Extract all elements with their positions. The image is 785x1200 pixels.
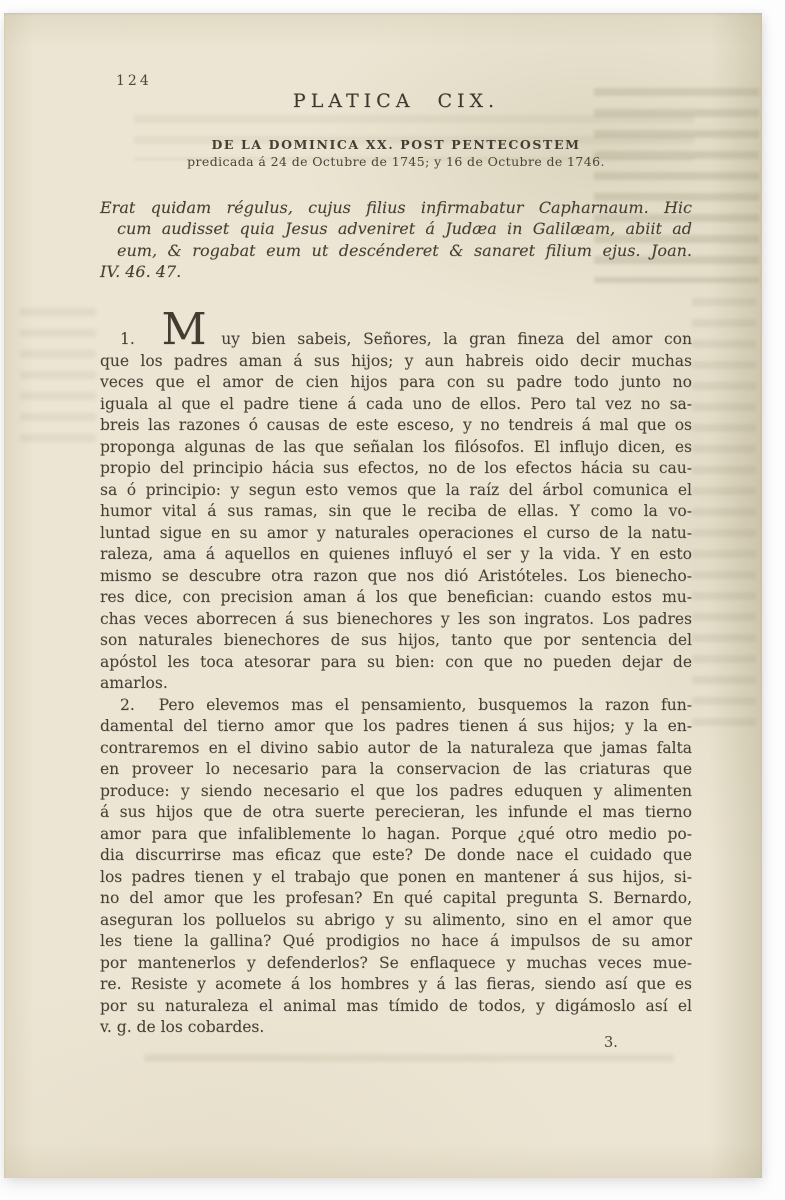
paragraph-text: Pero elevemos mas el pensamiento, busque… <box>159 696 692 714</box>
text-line: breis las razones ó causas de este esces… <box>100 415 692 437</box>
text-line: les tiene la gallina? Qué prodigios no h… <box>100 931 692 953</box>
text-line: veces que el amor de cien hijos para con… <box>100 372 692 394</box>
text-line: res dice, con precision aman á los que b… <box>100 587 692 609</box>
bleed-through-text <box>144 1054 674 1068</box>
text-line: cum audisset quia Jesus adveniret á Judæ… <box>100 218 692 239</box>
document-scan: 124 PLATICA CIX. DE LA DOMINICA XX. POST… <box>0 0 785 1200</box>
text-line: apóstol les toca atesorar para su bien: … <box>100 652 692 674</box>
text-line: aseguran los polluelos su abrigo y su al… <box>100 910 692 932</box>
drop-cap-initial: M <box>161 304 206 355</box>
paragraph-2-first-line: 2. Pero elevemos mas el pensamiento, bus… <box>100 695 692 717</box>
epigraph: Erat quidam régulus, cujus filius infirm… <box>100 197 692 283</box>
text-line: produce: y siendo necesario el que los p… <box>100 781 692 803</box>
text-line: proponga algunas de las que señalan los … <box>100 437 692 459</box>
sermon-subheading: predicada á 24 de Octubre de 1745; y 16 … <box>100 154 692 169</box>
paragraph-2-lines: damental del tierno amor que los padres … <box>100 716 692 1039</box>
text-line: en proveer lo necesario para la conserva… <box>100 759 692 781</box>
paragraph-number: 2. <box>120 696 135 714</box>
text-line: por mantenerlos y defenderlos? Se enflaq… <box>100 953 692 975</box>
paragraph-1-first-line: 1. M uy bien sabeis, Señores, la gran fi… <box>100 329 692 351</box>
text-line: propio del principio hácia sus efectos, … <box>100 458 692 480</box>
text-line: que los padres aman á sus hijos; y aun h… <box>100 351 692 373</box>
page-number: 124 <box>116 73 152 89</box>
text-line: mismo se descubre otra razon que nos dió… <box>100 566 692 588</box>
text-line: luntad sigue en su amor y naturales oper… <box>100 523 692 545</box>
text-line: IV. 46. 47. <box>100 261 692 282</box>
text-line: por su naturaleza el animal mas tímido d… <box>100 996 692 1018</box>
text-line: iguala al que el padre tiene á cada uno … <box>100 394 692 416</box>
text-line: contraremos en el divino sabio autor de … <box>100 738 692 760</box>
page-title: PLATICA CIX. <box>100 90 692 112</box>
text-line: dia discurrirse mas eficaz que este? De … <box>100 845 692 867</box>
text-line: raleza, ama á aquellos en quienes influy… <box>100 544 692 566</box>
paragraph-1-lines: que los padres aman á sus hijos; y aun h… <box>100 351 692 695</box>
text-line: chas veces aborrecen á sus bienechores y… <box>100 609 692 631</box>
text-line: los padres tienen y el trabajo que ponen… <box>100 867 692 889</box>
bleed-through-text <box>692 298 756 728</box>
text-line: no del amor que les profesan? En qué cap… <box>100 888 692 910</box>
text-line: eum, & rogabat eum ut descénderet & sana… <box>100 240 692 261</box>
text-line: Erat quidam régulus, cujus filius infirm… <box>100 197 692 218</box>
text-line: re. Resiste y acomete á los hombres y á … <box>100 974 692 996</box>
sermon-heading: DE LA DOMINICA XX. POST PENTECOSTEM <box>100 137 692 152</box>
scanned-page: 124 PLATICA CIX. DE LA DOMINICA XX. POST… <box>4 13 762 1178</box>
text-line: damental del tierno amor que los padres … <box>100 716 692 738</box>
text-line: son naturales bienechores de sus hijos, … <box>100 630 692 652</box>
text-line: amor para que infaliblemente lo hagan. P… <box>100 824 692 846</box>
text-line: humor vital á sus ramas, sin que le reci… <box>100 501 692 523</box>
text-line: amarlos. <box>100 673 692 695</box>
body-text: 1. M uy bien sabeis, Señores, la gran fi… <box>100 329 692 1039</box>
paragraph-number: 1. <box>120 330 135 348</box>
paragraph-text: uy bien sabeis, Señores, la gran fineza … <box>221 330 692 348</box>
text-line: á sus hijos que de otra suerte pereciera… <box>100 802 692 824</box>
text-line: sa ó principio: y segun esto vemos que l… <box>100 480 692 502</box>
catchword: 3. <box>604 1035 618 1051</box>
bleed-through-text <box>20 308 96 448</box>
